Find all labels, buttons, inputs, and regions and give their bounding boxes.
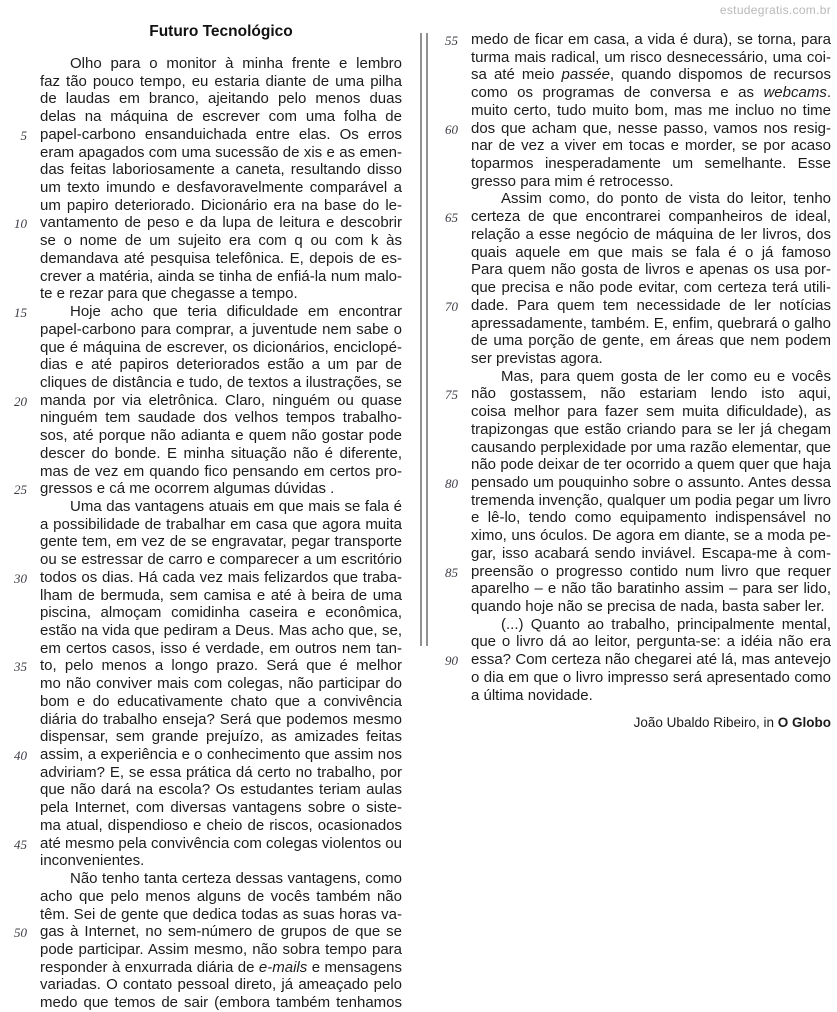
text-line: eram apagados com uma sucessão de xis e …: [40, 144, 402, 162]
text-line-content: pela Internet, com diversas vantagens so…: [40, 799, 402, 817]
text-line: te e rezar para que chegasse a tempo.: [40, 285, 402, 303]
text-line-content: relação a esse negócio de máquina de ler…: [471, 226, 831, 244]
text-line-content: essa? Com certeza não chegarei até lá, m…: [471, 651, 831, 669]
text-line: um papiro deteriorado. Dicionário era na…: [40, 197, 402, 215]
text-line: têm. Sei de gente que dedica todas as su…: [40, 906, 402, 924]
text-line-content: tremenda invenção, qualquer um podia peg…: [471, 492, 831, 510]
text-line: causando perplexidade por uma razão elem…: [471, 439, 831, 457]
text-line-content: piscina, almoçam comidinha caseira e eco…: [40, 604, 402, 622]
text-line-content: variadas. O contato pessoal direto, já a…: [40, 976, 402, 994]
text-line: não pode deixar de ter ocorrido a quem q…: [471, 456, 831, 474]
text-line: ximo, uns óculos. De agora em diante, se…: [471, 527, 831, 545]
text-line-content: ximo, uns óculos. De agora em diante, se…: [471, 527, 831, 545]
article-title: Futuro Tecnológico: [40, 22, 402, 41]
text-line: pela Internet, com diversas vantagens so…: [40, 799, 402, 817]
text-line-content: cliques de distância e tudo, de textos a…: [40, 374, 402, 392]
line-number: 45: [14, 836, 27, 854]
text-line: gresso para mim é retrocesso.: [471, 173, 831, 191]
text-line-content: crever a matéria, ainda se tinha de enfi…: [40, 268, 402, 286]
line-number: 30: [14, 570, 27, 588]
text-line: relação a esse negócio de máquina de ler…: [471, 226, 831, 244]
text-line: 60dos que acham que, nesse passo, vamos …: [471, 120, 831, 138]
text-line-content: bom e do educativamente chato que a conv…: [40, 693, 402, 711]
text-line-content: não pode deixar de ter ocorrido a quem q…: [471, 456, 831, 474]
text-line: de laudas em branco, ajeitando pelo meno…: [40, 90, 402, 108]
text-line-content: de uma porção de gente, em áreas que nem…: [471, 332, 831, 350]
text-line: como os programas de conversa e as webca…: [471, 84, 831, 102]
text-line: crever a matéria, ainda se tinha de enfi…: [40, 268, 402, 286]
text-line-content: faz tão pouco tempo, eu estaria diante d…: [40, 73, 402, 91]
text-line: toparmos inesperadamente um semelhante. …: [471, 155, 831, 173]
watermark: estudegratis.com.br: [720, 3, 831, 17]
text-line: aparelho – e não tão baratinho assim – p…: [471, 580, 831, 598]
text-line-content: lham de bermuda, sem camisa e até à beir…: [40, 587, 402, 605]
text-line-content: que não dará na escola? Os estudantes te…: [40, 781, 402, 799]
text-line: 85preensão o progresso contido num livro…: [471, 563, 831, 581]
text-line-content: têm. Sei de gente que dedica todas as su…: [40, 906, 402, 924]
text-line-content: que o livro dá ao leitor, pergunta-se: a…: [471, 633, 831, 651]
text-line-content: certeza de que encontrarei companheiros …: [471, 208, 831, 226]
line-number: 75: [445, 386, 458, 404]
text-line: dispensar, sem grande prejuízo, as amiza…: [40, 728, 402, 746]
text-line-content: o dia em que o livro impresso será apres…: [471, 669, 831, 687]
text-line: mas de vez em quando fico pensando em ce…: [40, 463, 402, 481]
text-line-content: dos que acham que, nesse passo, vamos no…: [471, 120, 831, 138]
text-line-content: mas de vez em quando fico pensando em ce…: [40, 463, 402, 481]
text-line-content: que é máquina de escrever, os dicionário…: [40, 339, 402, 357]
text-line: nar de vez a viver em tocas e morder, se…: [471, 137, 831, 155]
text-line-content: e lê-lo, tendo como equipamento indispen…: [471, 509, 831, 527]
text-line-content: Não tenho tanta certeza dessas vantagens…: [40, 870, 402, 888]
text-line-content: a última novidade.: [471, 687, 831, 705]
text-line: Uma das vantagens atuais em que mais se …: [40, 498, 402, 516]
text-line-content: medo que temos de sair (embora também te…: [40, 994, 402, 1012]
text-line: gente tem, em vez de se engravatar, pega…: [40, 533, 402, 551]
line-number: 60: [445, 121, 458, 139]
text-line: Olho para o monitor à minha frente e lem…: [40, 55, 402, 73]
text-line: 20manda por via eletrônica. Claro, ningu…: [40, 392, 402, 410]
left-column: Futuro Tecnológico Olho para o monitor à…: [40, 22, 402, 1012]
line-number: 40: [14, 747, 27, 765]
text-line: apressadamente, também. E, enfim, quebra…: [471, 315, 831, 333]
text-line: adviriam? E, se essa prática dá certo no…: [40, 764, 402, 782]
text-line: de uma porção de gente, em áreas que nem…: [471, 332, 831, 350]
text-line-content: muito certo, tudo muito bom, mas me incl…: [471, 102, 831, 120]
text-line-content: quando hoje não se precisa de nada, bast…: [471, 598, 831, 616]
text-line: responder à enxurrada diária de e-mails …: [40, 959, 402, 977]
text-line: faz tão pouco tempo, eu estaria diante d…: [40, 73, 402, 91]
text-line: piscina, almoçam comidinha caseira e eco…: [40, 604, 402, 622]
text-line-content: manda por via eletrônica. Claro, ninguém…: [40, 392, 402, 410]
text-line: 80pensado um pouquinho sobre o assunto. …: [471, 474, 831, 492]
line-number: 90: [445, 652, 458, 670]
text-line-content: sos, até porque não adianta e quem não g…: [40, 427, 402, 445]
text-line: 35to, pelo menos a longo prazo. Será que…: [40, 657, 402, 675]
text-line-content: toparmos inesperadamente um semelhante. …: [471, 155, 831, 173]
text-line-content: gar, isso acabará sendo inviável. Escapa…: [471, 545, 831, 563]
text-line-content: gente tem, em vez de se engravatar, pega…: [40, 533, 402, 551]
text-line-content: Olho para o monitor à minha frente e lem…: [40, 55, 402, 73]
text-line-content: Assim como, do ponto de vista do leitor,…: [471, 190, 831, 208]
line-number: 50: [14, 924, 27, 942]
line-number: 65: [445, 209, 458, 227]
text-line: Mas, para quem gosta de ler como eu e vo…: [471, 368, 831, 386]
text-line-content: estão na vida que pediram a Deus. Mas ac…: [40, 622, 402, 640]
line-number: 35: [14, 658, 27, 676]
text-line: pode participar. Assim mesmo, não sobra …: [40, 941, 402, 959]
text-line-content: mo não conviver mais com colegas, não pa…: [40, 675, 402, 693]
text-line-content: todos os dias. Há cada vez mais felizard…: [40, 569, 402, 587]
right-column-lines: 55medo de ficar em casa, a vida é dura),…: [471, 31, 831, 704]
line-number: 10: [14, 215, 27, 233]
text-line: quais aquele em que mais se fala é o já …: [471, 244, 831, 262]
column-divider: [420, 33, 428, 646]
text-line-content: inconvenientes.: [40, 852, 402, 870]
text-line: a possibilidade de trabalhar em casa que…: [40, 516, 402, 534]
text-line: dias e até papiros deteriorados estão a …: [40, 356, 402, 374]
text-line: acho que pelo menos alguns de vocês tamb…: [40, 888, 402, 906]
text-line: ma atual, dispendioso e cheio de riscos,…: [40, 817, 402, 835]
text-line: 50gas à Internet, no sem-número de grupo…: [40, 923, 402, 941]
text-line-content: papel-carbono para comprar, a juventude …: [40, 321, 402, 339]
line-number: 85: [445, 564, 458, 582]
text-line-content: delas na máquina de escrever com uma fol…: [40, 108, 402, 126]
text-line-content: não gostassem, não estariam lendo isto a…: [471, 385, 831, 403]
text-line: estão na vida que pediram a Deus. Mas ac…: [40, 622, 402, 640]
text-line-content: como os programas de conversa e as webca…: [471, 84, 831, 102]
text-line: 75não gostassem, não estariam lendo isto…: [471, 385, 831, 403]
line-number: 80: [445, 475, 458, 493]
text-line-content: preensão o progresso contido num livro q…: [471, 563, 831, 581]
text-line: 15Hoje acho que teria dificuldade em enc…: [40, 303, 402, 321]
text-line: muito certo, tudo muito bom, mas me incl…: [471, 102, 831, 120]
text-line-content: se o nome de um sujeito era com q ou com…: [40, 232, 402, 250]
text-line-content: coisa melhor para fazer sem muita dificu…: [471, 403, 831, 421]
text-line: papel-carbono para comprar, a juventude …: [40, 321, 402, 339]
text-line: Assim como, do ponto de vista do leitor,…: [471, 190, 831, 208]
text-line-content: em certos casos, isso é verdade, em outr…: [40, 640, 402, 658]
text-line: demandava até pesquisa telefônica. E, de…: [40, 250, 402, 268]
line-number: 55: [445, 32, 458, 50]
text-line-content: a possibilidade de trabalhar em casa que…: [40, 516, 402, 534]
text-line-content: papel-carbono ensanduichada entre elas. …: [40, 126, 402, 144]
text-line-content: Uma das vantagens atuais em que mais se …: [40, 498, 402, 516]
text-line-content: vantamento de peso e da lupa de leitura …: [40, 214, 402, 232]
line-number: 70: [445, 298, 458, 316]
text-line-content: sa até meio passée, quando dispomos de r…: [471, 66, 831, 84]
text-line: sos, até porque não adianta e quem não g…: [40, 427, 402, 445]
text-line: delas na máquina de escrever com uma fol…: [40, 108, 402, 126]
text-line: sa até meio passée, quando dispomos de r…: [471, 66, 831, 84]
text-line-content: descer do bonde. E minha situação não é …: [40, 445, 402, 463]
text-line-content: (...) Quanto ao trabalho, principalmente…: [471, 616, 831, 634]
text-line-content: causando perplexidade por uma razão elem…: [471, 439, 831, 457]
text-line-content: pode participar. Assim mesmo, não sobra …: [40, 941, 402, 959]
text-line: 65certeza de que encontrarei companheiro…: [471, 208, 831, 226]
text-line-content: trapizongas que estão criando para se le…: [471, 421, 831, 439]
text-line: um texto imundo e desfavoravelmente comp…: [40, 179, 402, 197]
text-line: cliques de distância e tudo, de textos a…: [40, 374, 402, 392]
text-line-content: das feitas laboriosamente a caneta, resu…: [40, 161, 402, 179]
text-line: Para quem não gosta de livros e apenas o…: [471, 261, 831, 279]
text-line: o dia em que o livro impresso será apres…: [471, 669, 831, 687]
text-line-content: nar de vez a viver em tocas e morder, se…: [471, 137, 831, 155]
line-number: 5: [21, 127, 28, 145]
text-line: que é máquina de escrever, os dicionário…: [40, 339, 402, 357]
attribution-author: João Ubaldo Ribeiro, in: [634, 715, 778, 730]
document-page: estudegratis.com.br Futuro Tecnológico O…: [0, 0, 837, 1012]
text-line-content: até mesmo pela convivência com colegas v…: [40, 835, 402, 853]
text-line: que o livro dá ao leitor, pergunta-se: a…: [471, 633, 831, 651]
text-line-content: ou se estressar de carro e comparecer a …: [40, 551, 402, 569]
text-line-content: ninguém tem saudade dos velhos tempos tr…: [40, 409, 402, 427]
text-line: ninguém tem saudade dos velhos tempos tr…: [40, 409, 402, 427]
right-column: 55medo de ficar em casa, a vida é dura),…: [471, 31, 831, 731]
text-line: gar, isso acabará sendo inviável. Escapa…: [471, 545, 831, 563]
text-line-content: quais aquele em que mais se fala é o já …: [471, 244, 831, 262]
text-line-content: assim, a experiência e o conhecimento qu…: [40, 746, 402, 764]
text-line: descer do bonde. E minha situação não é …: [40, 445, 402, 463]
text-line: quando hoje não se precisa de nada, bast…: [471, 598, 831, 616]
text-line-content: de laudas em branco, ajeitando pelo meno…: [40, 90, 402, 108]
left-column-lines: Olho para o monitor à minha frente e lem…: [40, 55, 402, 1012]
text-line: coisa melhor para fazer sem muita dificu…: [471, 403, 831, 421]
text-line: 90essa? Com certeza não chegarei até lá,…: [471, 651, 831, 669]
line-number: 15: [14, 304, 27, 322]
text-line: se o nome de um sujeito era com q ou com…: [40, 232, 402, 250]
text-line: 25gressos e cá me ocorrem algumas dúvida…: [40, 480, 402, 498]
text-line-content: gressos e cá me ocorrem algumas dúvidas …: [40, 480, 402, 498]
text-line-content: dade. Para quem tem necessidade de ler n…: [471, 297, 831, 315]
text-line: das feitas laboriosamente a caneta, resu…: [40, 161, 402, 179]
text-line-content: dispensar, sem grande prejuízo, as amiza…: [40, 728, 402, 746]
text-line: turma mais radical, um risco desnecessár…: [471, 49, 831, 67]
text-line-content: gas à Internet, no sem-número de grupos …: [40, 923, 402, 941]
text-line: (...) Quanto ao trabalho, principalmente…: [471, 616, 831, 634]
text-line: tremenda invenção, qualquer um podia peg…: [471, 492, 831, 510]
text-line-content: acho que pelo menos alguns de vocês tamb…: [40, 888, 402, 906]
text-line: 10vantamento de peso e da lupa de leitur…: [40, 214, 402, 232]
text-line-content: um papiro deteriorado. Dicionário era na…: [40, 197, 402, 215]
text-line: 45até mesmo pela convivência com colegas…: [40, 835, 402, 853]
text-line: ou se estressar de carro e comparecer a …: [40, 551, 402, 569]
text-line: medo que temos de sair (embora também te…: [40, 994, 402, 1012]
text-line-content: to, pelo menos a longo prazo. Será que é…: [40, 657, 402, 675]
line-number: 25: [14, 481, 27, 499]
text-line: mo não conviver mais com colegas, não pa…: [40, 675, 402, 693]
text-line-content: responder à enxurrada diária de e-mails …: [40, 959, 402, 977]
text-line: lham de bermuda, sem camisa e até à beir…: [40, 587, 402, 605]
text-line: 55medo de ficar em casa, a vida é dura),…: [471, 31, 831, 49]
text-line-content: ma atual, dispendioso e cheio de riscos,…: [40, 817, 402, 835]
text-line: Não tenho tanta certeza dessas vantagens…: [40, 870, 402, 888]
text-line: 40assim, a experiência e o conhecimento …: [40, 746, 402, 764]
text-line-content: aparelho – e não tão baratinho assim – p…: [471, 580, 831, 598]
text-line: em certos casos, isso é verdade, em outr…: [40, 640, 402, 658]
text-line: ser previstas agora.: [471, 350, 831, 368]
text-line-content: Mas, para quem gosta de ler como eu e vo…: [471, 368, 831, 386]
text-line: e lê-lo, tendo como equipamento indispen…: [471, 509, 831, 527]
text-line: trapizongas que estão criando para se le…: [471, 421, 831, 439]
text-line-content: Hoje acho que teria dificuldade em encon…: [40, 303, 402, 321]
text-line: variadas. O contato pessoal direto, já a…: [40, 976, 402, 994]
text-line: diária do trabalho enseja? Será que pode…: [40, 711, 402, 729]
text-line: inconvenientes.: [40, 852, 402, 870]
text-line-content: um texto imundo e desfavoravelmente comp…: [40, 179, 402, 197]
text-line-content: ser previstas agora.: [471, 350, 831, 368]
text-line: 5papel-carbono ensanduichada entre elas.…: [40, 126, 402, 144]
text-line-content: dias e até papiros deteriorados estão a …: [40, 356, 402, 374]
text-line-content: te e rezar para que chegasse a tempo.: [40, 285, 402, 303]
text-line: bom e do educativamente chato que a conv…: [40, 693, 402, 711]
line-number: 20: [14, 393, 27, 411]
text-line-content: Para quem não gosta de livros e apenas o…: [471, 261, 831, 279]
text-line-content: adviriam? E, se essa prática dá certo no…: [40, 764, 402, 782]
text-line: que precisa e não pode evitar, com certe…: [471, 279, 831, 297]
text-line-content: medo de ficar em casa, a vida é dura), s…: [471, 31, 831, 49]
text-line: que não dará na escola? Os estudantes te…: [40, 781, 402, 799]
text-line-content: eram apagados com uma sucessão de xis e …: [40, 144, 402, 162]
text-line: a última novidade.: [471, 687, 831, 705]
text-line-content: que precisa e não pode evitar, com certe…: [471, 279, 831, 297]
text-line-content: diária do trabalho enseja? Será que pode…: [40, 711, 402, 729]
text-line: 30todos os dias. Há cada vez mais feliza…: [40, 569, 402, 587]
attribution: João Ubaldo Ribeiro, in O Globo: [471, 714, 831, 731]
text-line-content: apressadamente, também. E, enfim, quebra…: [471, 315, 831, 333]
text-line: 70dade. Para quem tem necessidade de ler…: [471, 297, 831, 315]
text-line-content: demandava até pesquisa telefônica. E, de…: [40, 250, 402, 268]
text-line-content: gresso para mim é retrocesso.: [471, 173, 831, 191]
text-line-content: pensado um pouquinho sobre o assunto. An…: [471, 474, 831, 492]
text-line-content: turma mais radical, um risco desnecessár…: [471, 49, 831, 67]
attribution-source: O Globo: [778, 715, 831, 730]
